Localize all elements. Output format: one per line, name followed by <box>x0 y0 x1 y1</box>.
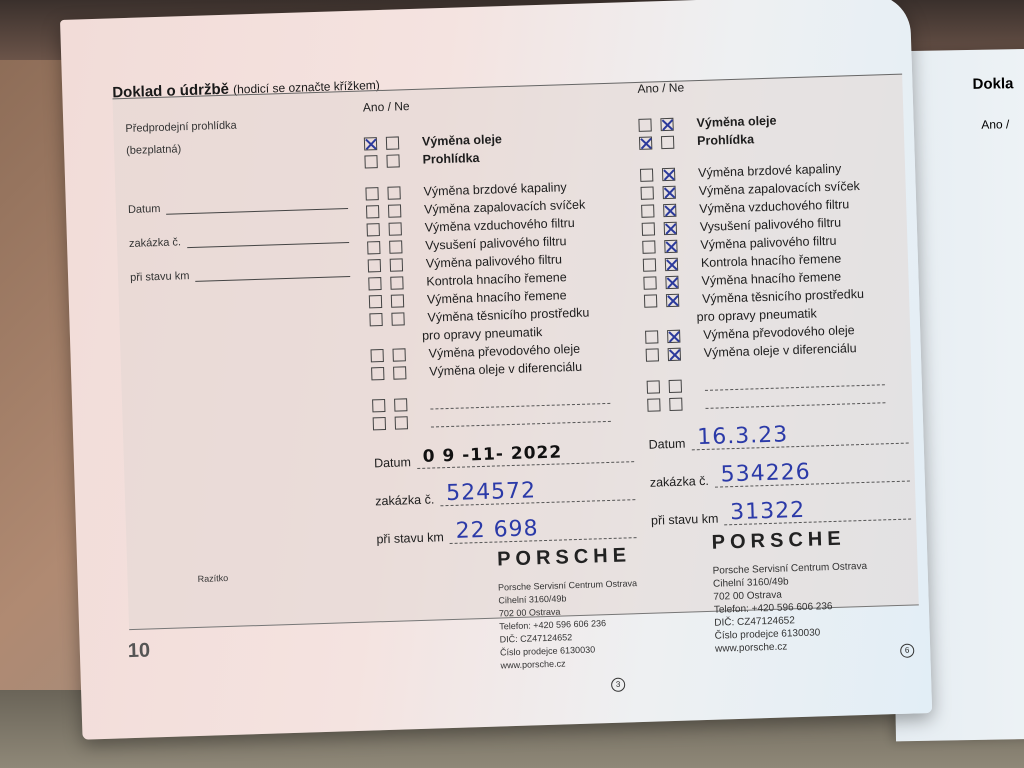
dealer-stamp: PORSCHEPorsche Servisní Centrum OstravaC… <box>651 526 915 658</box>
checkbox-ano[interactable] <box>647 398 660 411</box>
checkbox-ne[interactable] <box>667 329 680 342</box>
item-label: Prohlídka <box>422 151 479 167</box>
field-label: při stavu km <box>376 530 444 546</box>
checkbox-ne[interactable] <box>390 258 403 271</box>
checkbox-ano[interactable] <box>368 277 381 290</box>
field-label: Datum <box>374 455 411 470</box>
checkbox-ne[interactable] <box>665 257 678 270</box>
field-label: zakázka č. <box>650 474 709 490</box>
checkbox-ne[interactable] <box>664 221 677 234</box>
checkbox-ano[interactable] <box>368 259 381 272</box>
field-zakazka[interactable]: zakázka č.534226 <box>649 458 910 490</box>
checkbox-ano[interactable] <box>644 294 657 307</box>
porsche-logo: PORSCHE <box>711 526 912 555</box>
stamp-label: Razítko <box>197 573 228 584</box>
checkbox-ne[interactable] <box>387 186 400 199</box>
checkbox-ano[interactable] <box>370 349 383 362</box>
checkbox-ano[interactable] <box>367 241 380 254</box>
service-record-2: Ano / NeVýměna olejeProhlídkaVýměna brzd… <box>637 74 915 658</box>
checkbox-ne[interactable] <box>389 240 402 253</box>
right-page-header: Ano / <box>981 117 1009 131</box>
checkbox-ne[interactable] <box>666 293 679 306</box>
checkbox-ano[interactable] <box>365 187 378 200</box>
checkbox-ne[interactable] <box>669 397 682 410</box>
checkbox-ano[interactable] <box>642 240 655 253</box>
circled-number: 3 <box>611 678 625 692</box>
checkbox-ano[interactable] <box>366 205 379 218</box>
checkbox-ano[interactable] <box>643 276 656 289</box>
pre-sale-date-field[interactable]: Datum <box>128 197 348 216</box>
pre-sale-inspection-section: Předprodejní prohlídka (bezplatná) Datum… <box>125 111 350 284</box>
item-label: Výměna palivového filtru <box>426 252 563 270</box>
field-label: zakázka č. <box>375 492 434 508</box>
item-label: Výměna palivového filtru <box>700 234 837 252</box>
checkbox-ne[interactable] <box>388 204 401 217</box>
checkbox-ne[interactable] <box>391 294 404 307</box>
item-label: Výměna hnacího řemene <box>427 288 567 306</box>
blank-line[interactable] <box>705 392 885 409</box>
field-datum[interactable]: Datum0 9 -11- 2022 <box>374 438 635 470</box>
field-label: Datum <box>648 437 685 452</box>
checkbox-ne[interactable] <box>668 347 681 360</box>
field-km[interactable]: při stavu km22 698 <box>376 514 637 546</box>
page-number: 10 <box>128 639 151 663</box>
item-label: Výměna oleje <box>422 132 502 149</box>
item-label: Prohlídka <box>697 132 754 148</box>
field-value-datum[interactable]: 16.3.23 <box>691 421 909 451</box>
checkbox-ne[interactable] <box>663 203 676 216</box>
checkbox-ano[interactable] <box>373 416 386 429</box>
checkbox-ne[interactable] <box>393 366 406 379</box>
checkbox-ano[interactable] <box>645 330 658 343</box>
field-value-km[interactable]: 22 698 <box>449 515 636 544</box>
checkbox-ano[interactable] <box>638 118 651 131</box>
checkbox-ne[interactable] <box>662 167 675 180</box>
field-value-zakazka[interactable]: 534226 <box>714 459 910 488</box>
checkbox-ne[interactable] <box>390 276 403 289</box>
service-booklet-page: Doklad o údržbě (hodicí se označte křížk… <box>60 0 932 740</box>
dealer-address: Porsche Servisní Centrum OstravaCihelní … <box>712 558 915 655</box>
dealer-stamp: PORSCHEPorsche Servisní Centrum OstravaC… <box>377 544 641 676</box>
checkbox-ne[interactable] <box>386 154 399 167</box>
checkbox-ano[interactable] <box>369 295 382 308</box>
checkbox-ano[interactable] <box>364 137 377 150</box>
checkbox-ne[interactable] <box>389 222 402 235</box>
checkbox-ne[interactable] <box>664 239 677 252</box>
dealer-address: Porsche Servisní Centrum OstravaCihelní … <box>498 577 641 672</box>
checkbox-ano[interactable] <box>640 168 653 181</box>
checkbox-ano[interactable] <box>364 155 377 168</box>
checkbox-ne[interactable] <box>392 348 405 361</box>
service-record-1: Ano / NeVýměna olejeProhlídkaVýměna brzd… <box>363 92 641 676</box>
field-datum[interactable]: Datum16.3.23 <box>648 420 909 452</box>
field-zakazka[interactable]: zakázka č.524572 <box>375 476 636 508</box>
field-value-km[interactable]: 31322 <box>724 497 911 526</box>
pre-sale-order-field[interactable]: zakázka č. <box>129 231 349 250</box>
checkbox-ne[interactable] <box>665 275 678 288</box>
ano-ne-header: Ano / Ne <box>637 74 897 96</box>
checkbox-ano[interactable] <box>646 348 659 361</box>
checkbox-ano[interactable] <box>641 204 654 217</box>
field-value-datum[interactable]: 0 9 -11- 2022 <box>416 439 634 469</box>
field-value-zakazka[interactable]: 524572 <box>440 477 636 506</box>
checkbox-ano[interactable] <box>643 258 656 271</box>
checkbox-ano[interactable] <box>639 136 652 149</box>
checkbox-ne[interactable] <box>663 185 676 198</box>
checkbox-ne[interactable] <box>391 312 404 325</box>
porsche-logo: PORSCHE <box>497 544 638 571</box>
blank-line[interactable] <box>430 392 610 409</box>
checkbox-ne[interactable] <box>394 398 407 411</box>
checkbox-ano[interactable] <box>642 222 655 235</box>
checkbox-ano[interactable] <box>641 186 654 199</box>
blank-line[interactable] <box>705 374 885 391</box>
circled-number: 6 <box>900 643 914 657</box>
checkbox-ne[interactable] <box>395 416 408 429</box>
checkbox-ano[interactable] <box>367 223 380 236</box>
checkbox-ne[interactable] <box>660 117 673 130</box>
checkbox-ano[interactable] <box>647 380 660 393</box>
checkbox-ne[interactable] <box>669 379 682 392</box>
item-label: Výměna oleje <box>696 114 776 131</box>
checkbox-ne[interactable] <box>386 136 399 149</box>
checkbox-ano[interactable] <box>369 313 382 326</box>
item-label: Výměna hnacího řemene <box>701 270 841 288</box>
checkbox-ne[interactable] <box>661 135 674 148</box>
field-km[interactable]: při stavu km31322 <box>650 496 911 528</box>
checkbox-ano[interactable] <box>371 366 384 379</box>
right-page-title: Dokla <box>972 75 1013 93</box>
checkbox-ano[interactable] <box>372 398 385 411</box>
blank-line[interactable] <box>431 410 611 427</box>
field-label: při stavu km <box>651 512 719 528</box>
